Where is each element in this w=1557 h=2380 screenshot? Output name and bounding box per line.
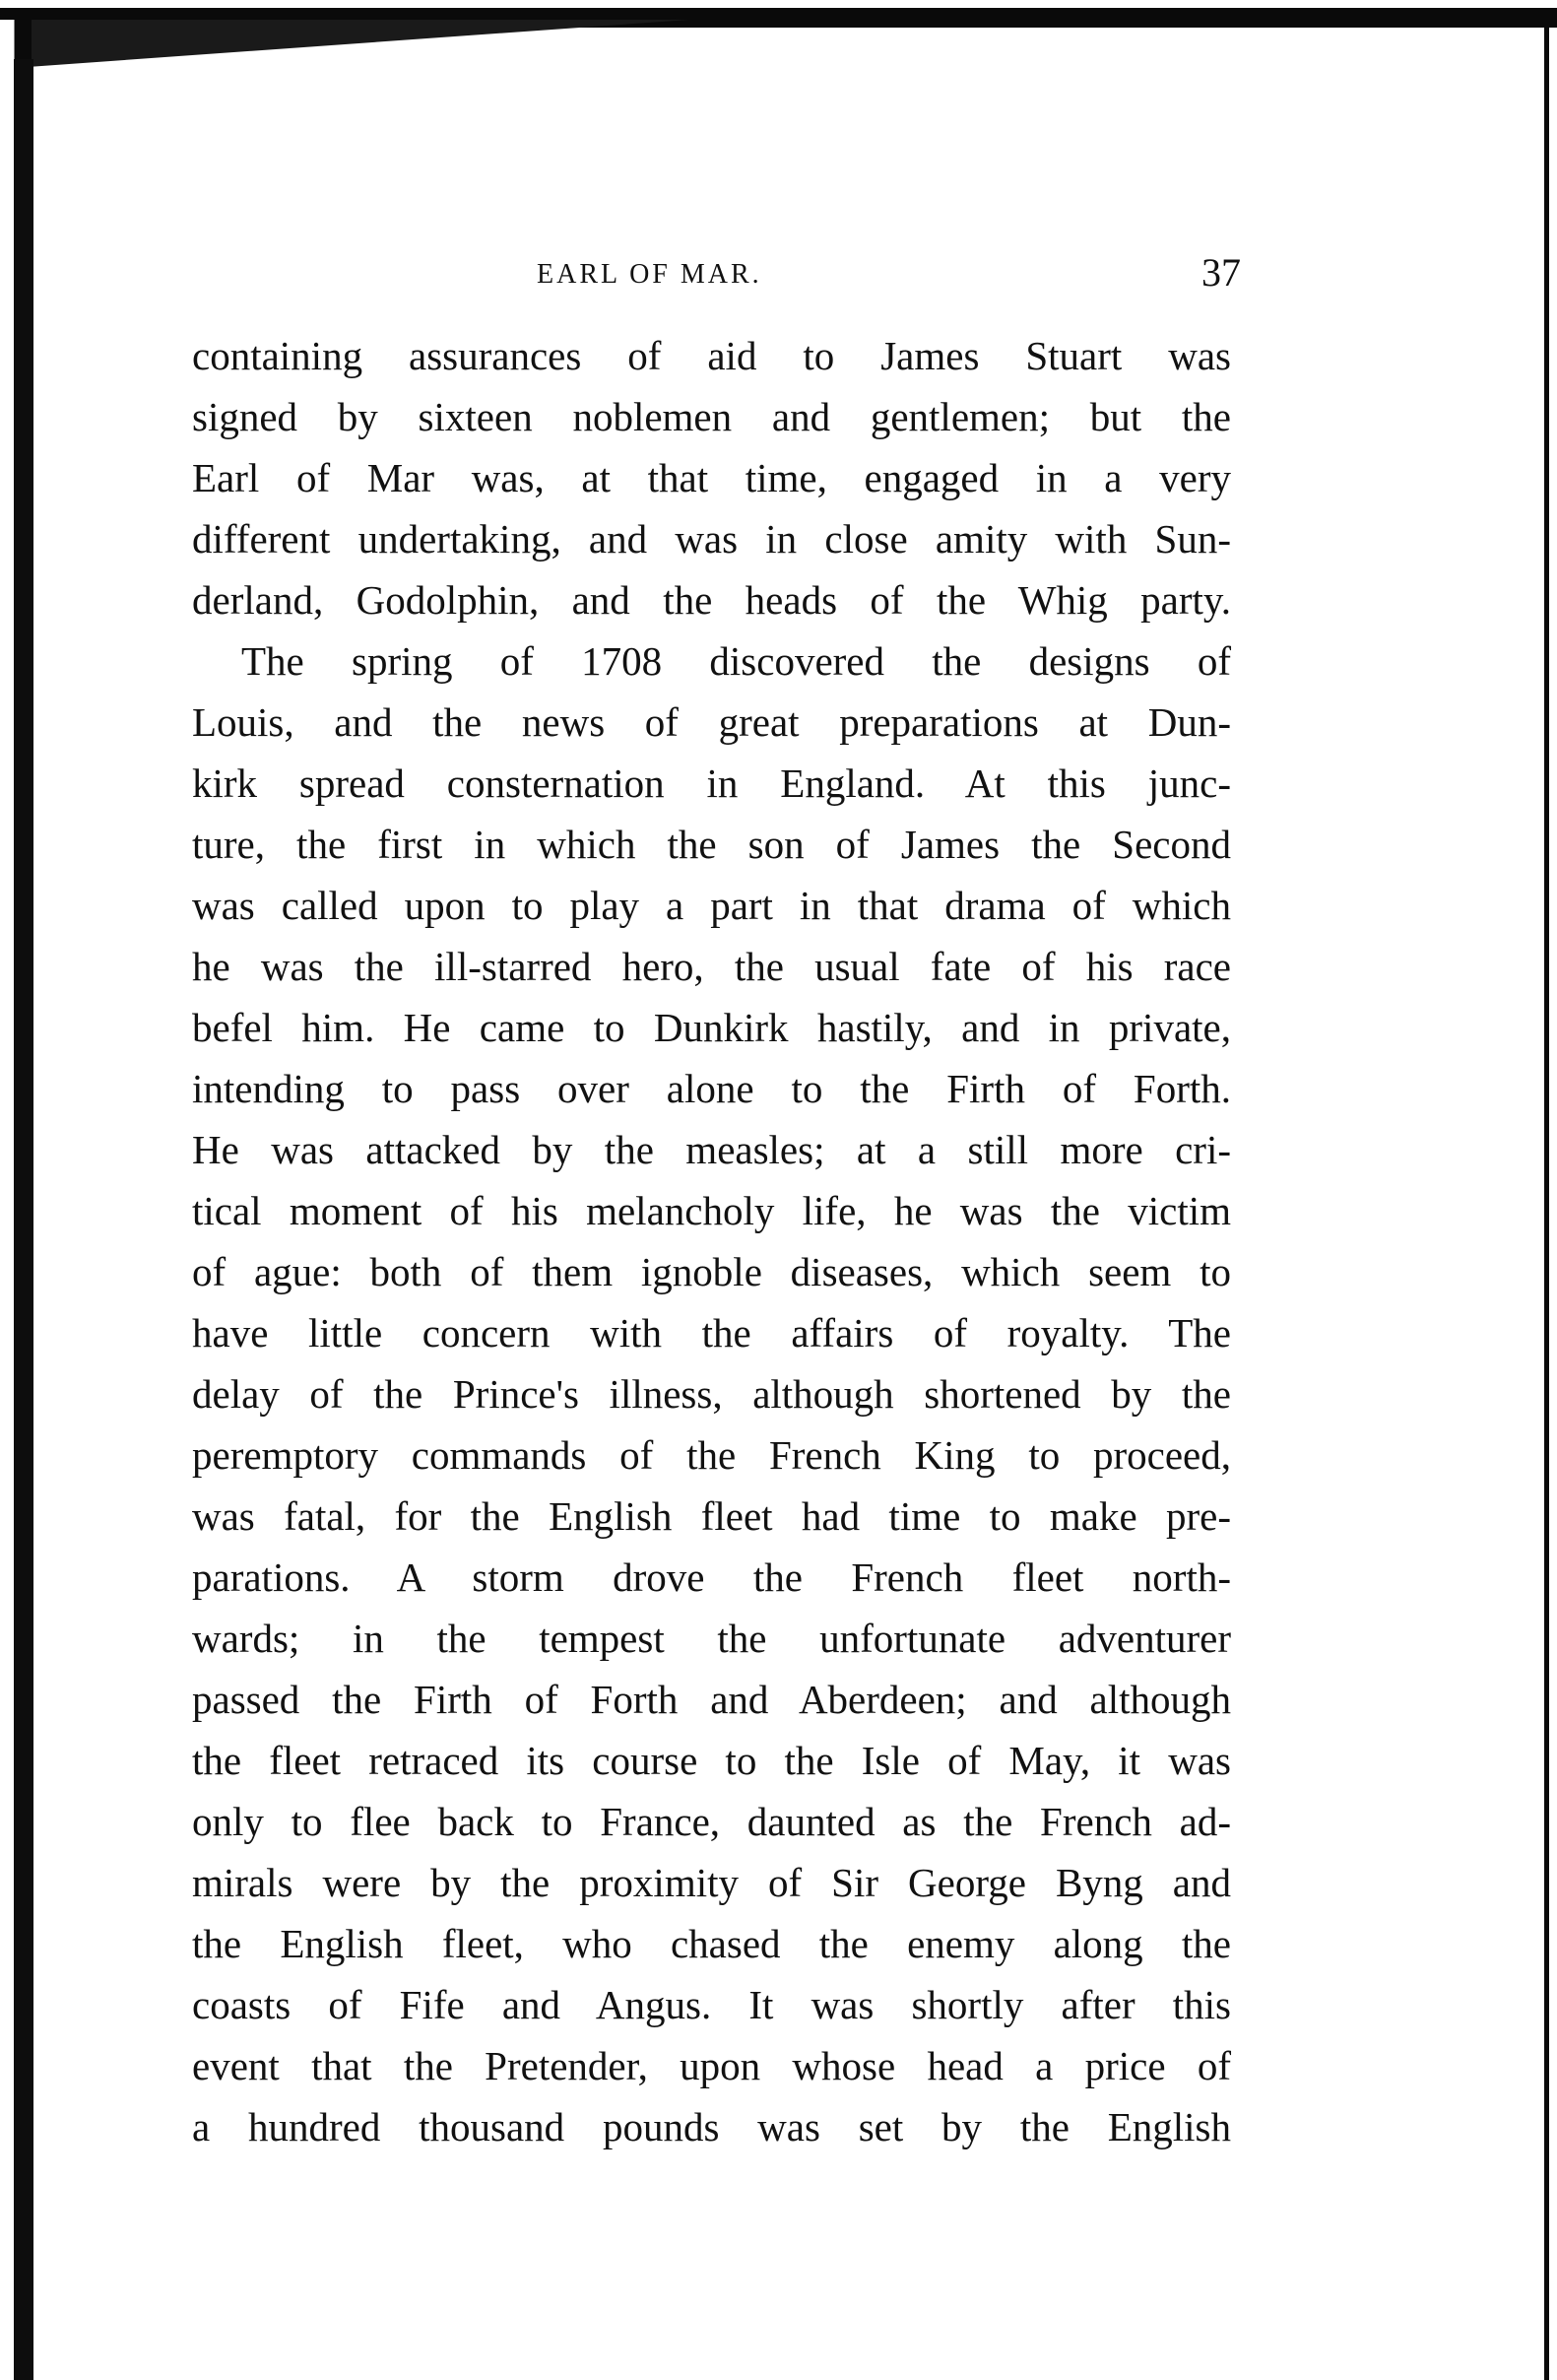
text-line: wards; in the tempest the unfortunate ad… [192,1608,1231,1669]
scan-right-edge [1544,14,1549,2380]
text-line: kirk spread consternation in England. At… [192,753,1231,814]
text-line: the fleet retraced its course to the Isl… [192,1730,1231,1791]
book-page: EARL OF MAR. 37 containing assurances of… [0,0,1557,2380]
body-text: containing assurances of aid to James St… [192,325,1231,2157]
scan-top-shadow [0,20,689,69]
text-line: event that the Pretender, upon whose hea… [192,2035,1231,2096]
text-line: was called upon to play a part in that d… [192,875,1231,936]
text-line: delay of the Prince's illness, although … [192,1363,1231,1424]
text-line: of ague: both of them ignoble diseases, … [192,1241,1231,1302]
text-line: mirals were by the proximity of Sir Geor… [192,1852,1231,1913]
text-line: containing assurances of aid to James St… [192,325,1231,386]
text-line: passed the Firth of Forth and Aberdeen; … [192,1669,1231,1730]
text-line: he was the ill-starred hero, the usual f… [192,936,1231,997]
scan-left-binding [14,59,33,2380]
text-line: have little concern with the affairs of … [192,1302,1231,1363]
text-line: the English fleet, who chased the enemy … [192,1913,1231,1974]
text-line: parations. A storm drove the French flee… [192,1547,1231,1608]
running-head: EARL OF MAR. 37 [537,249,1226,298]
running-title: EARL OF MAR. [537,259,762,291]
text-line: Earl of Mar was, at that time, engaged i… [192,447,1231,508]
paragraph-start-line: The spring of 1708 discovered the design… [192,630,1231,692]
text-line: tical moment of his melancholy life, he … [192,1180,1231,1241]
text-line: He was attacked by the measles; at a sti… [192,1119,1231,1180]
text-line: peremptory commands of the French King t… [192,1424,1231,1486]
text-line: a hundred thousand pounds was set by the… [192,2096,1231,2157]
text-line: derland, Godolphin, and the heads of the… [192,569,1231,630]
text-line: different undertaking, and was in close … [192,508,1231,569]
text-line: was fatal, for the English fleet had tim… [192,1486,1231,1547]
page-number: 37 [1201,249,1241,296]
text-line: intending to pass over alone to the Firt… [192,1058,1231,1119]
text-line: only to flee back to France, daunted as … [192,1791,1231,1852]
text-line: befel him. He came to Dunkirk hastily, a… [192,997,1231,1058]
text-line: Louis, and the news of great preparation… [192,692,1231,753]
text-line: coasts of Fife and Angus. It was shortly… [192,1974,1231,2035]
text-line: ture, the first in which the son of Jame… [192,814,1231,875]
text-line: signed by sixteen noblemen and gentlemen… [192,386,1231,447]
